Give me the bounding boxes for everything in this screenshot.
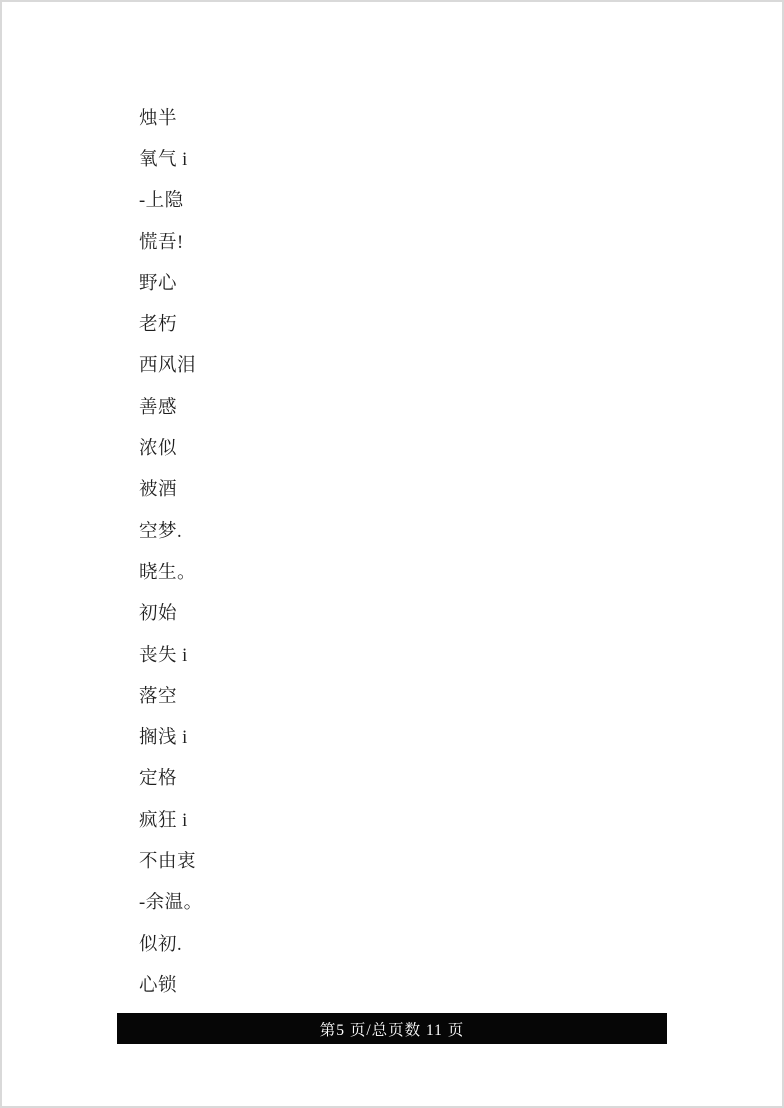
text-line: 烛半	[139, 96, 742, 137]
text-line: 老朽	[139, 302, 742, 343]
text-line: 被酒	[139, 468, 742, 509]
text-line: 疯狂 i	[139, 798, 742, 839]
text-line: 野心	[139, 261, 742, 302]
text-line: 不由衷	[139, 839, 742, 880]
text-line: 浓似	[139, 426, 742, 467]
text-line: 善感	[139, 385, 742, 426]
text-line: 晓生。	[139, 550, 742, 591]
page-number-text: 第5 页/总页数 11 页	[320, 1018, 465, 1040]
text-line: 西风泪	[139, 344, 742, 385]
text-line: -余温。	[139, 881, 742, 922]
text-line: 初始	[139, 592, 742, 633]
page-footer-bar: 第5 页/总页数 11 页	[117, 1013, 667, 1044]
text-line: 似初.	[139, 922, 742, 963]
text-line: 定格	[139, 757, 742, 798]
text-line: 慌吾!	[139, 220, 742, 261]
text-line: 丧失 i	[139, 633, 742, 674]
document-page: 烛半氧气 i-上隐慌吾!野心老朽西风泪善感浓似被酒空梦.晓生。初始丧失 i落空搁…	[0, 0, 784, 1108]
text-line: 落空	[139, 674, 742, 715]
text-line: 空梦.	[139, 509, 742, 550]
text-line: 心锁	[139, 963, 742, 1004]
text-line: 氧气 i	[139, 137, 742, 178]
text-line: -上隐	[139, 179, 742, 220]
text-line: 搁浅 i	[139, 715, 742, 756]
document-text-block: 烛半氧气 i-上隐慌吾!野心老朽西风泪善感浓似被酒空梦.晓生。初始丧失 i落空搁…	[139, 96, 742, 1005]
